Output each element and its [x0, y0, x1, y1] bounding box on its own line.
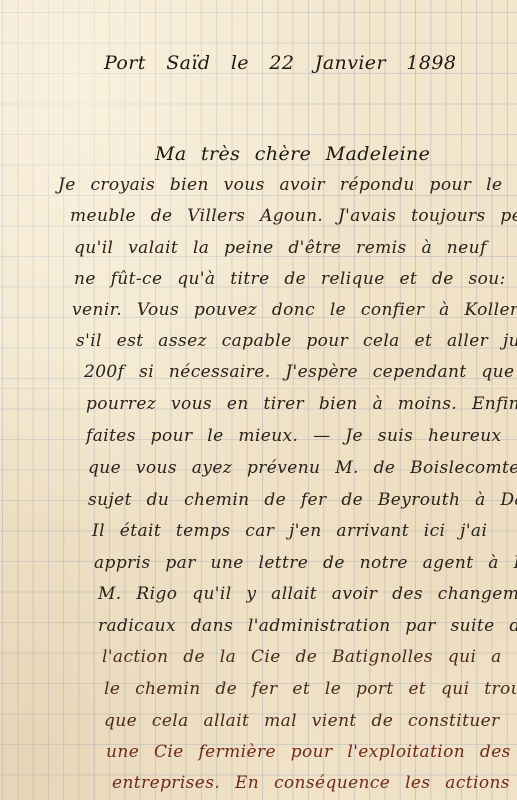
body-line: meuble de Villers Agoun. J'avais toujour… — [70, 206, 517, 226]
body-line: venir. Vous pouvez donc le confier à Kol… — [72, 300, 517, 320]
body-line: faites pour le mieux. — Je suis heureux — [86, 426, 502, 446]
letter-dateline: Port Saïd le 22 Janvier 1898 — [104, 52, 456, 74]
letter-salutation: Ma très chère Madeleine — [155, 143, 430, 165]
body-line: radicaux dans l'administration par suite… — [98, 616, 517, 636]
body-line: appris par une lettre de notre agent à B… — [94, 553, 517, 573]
body-line: une Cie fermière pour l'exploitation des… — [106, 742, 517, 762]
body-line: ne fût-ce qu'à titre de relique et de so… — [74, 269, 506, 289]
body-line: entreprises. En conséquence les actions — [112, 773, 510, 793]
body-line: sujet du chemin de fer de Beyrouth à Dam… — [88, 490, 517, 510]
body-line: l'action de la Cie de Batignolles qui a … — [102, 647, 517, 667]
body-line: 200f si nécessaire. J'espère cependant q… — [84, 362, 517, 382]
body-line: Je croyais bien vous avoir répondu pour … — [58, 175, 502, 195]
body-line: qu'il valait la peine d'être remis à neu… — [74, 238, 487, 258]
body-line: M. Rigo qu'il y allait avoir des changem… — [98, 584, 517, 604]
body-line: s'il est assez capable pour cela et alle… — [76, 331, 517, 351]
handwritten-letter: Port Saïd le 22 Janvier 1898 Ma très chè… — [0, 0, 517, 800]
body-line: que cela allait mal vient de constituer — [104, 711, 500, 731]
body-line: Il était temps car j'en arrivant ici j'a… — [92, 521, 487, 541]
body-line: le chemin de fer et le port et qui trouv… — [104, 679, 517, 699]
body-line: que vous ayez prévenu M. de Boislecomte … — [88, 458, 517, 478]
body-line: pourrez vous en tirer bien à moins. Enfi… — [86, 394, 517, 414]
